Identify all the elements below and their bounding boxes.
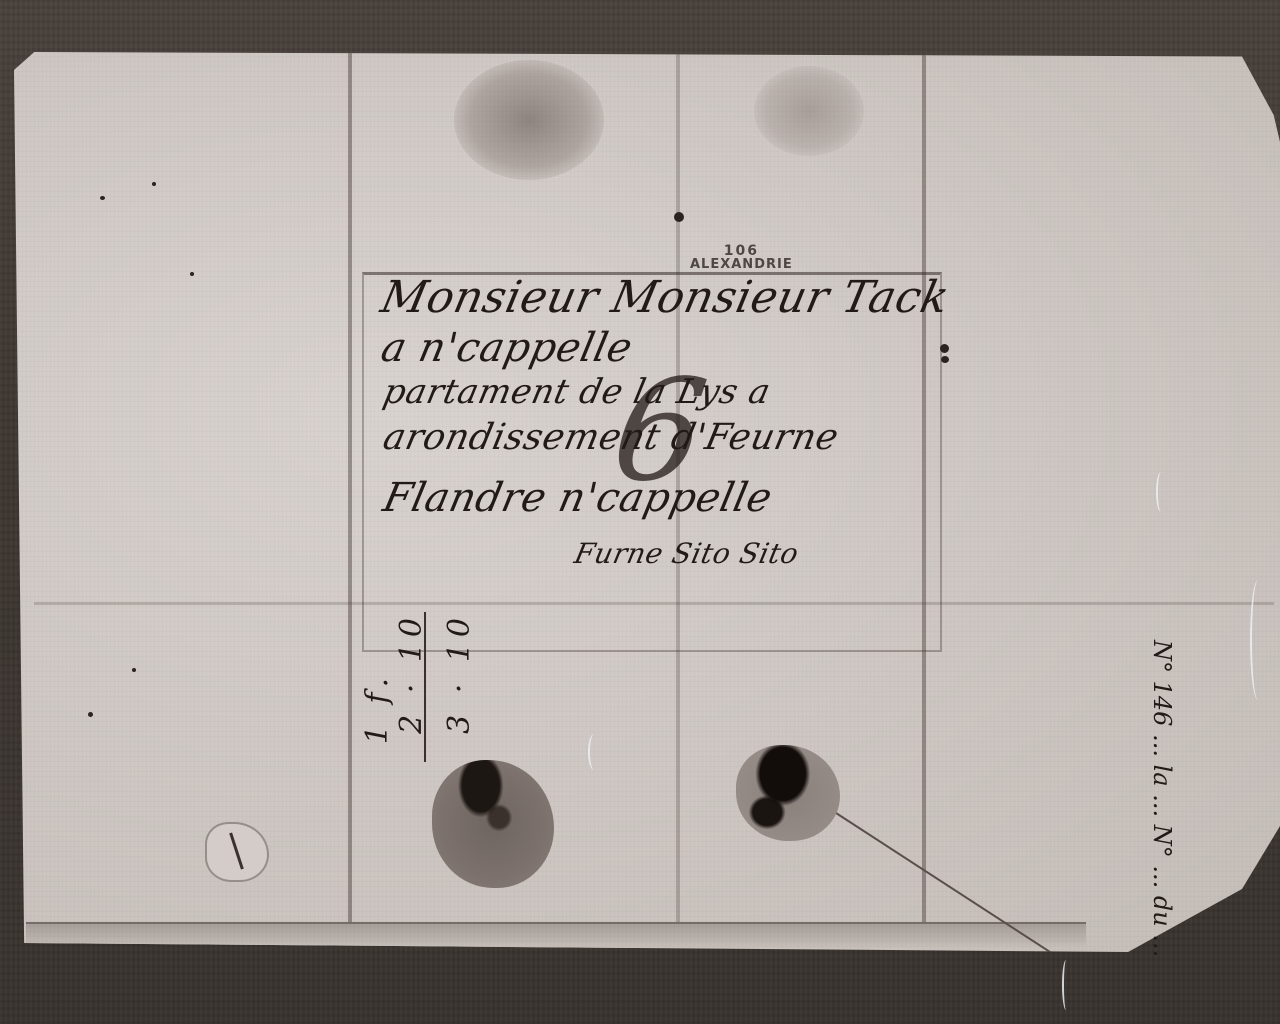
address-line-1: Monsieur Monsieur Tack: [377, 272, 954, 323]
bottom-flap: [26, 922, 1086, 948]
ink-speck: [100, 196, 105, 200]
ink-speck: [941, 356, 949, 363]
margin-note: N° 146 ... la ... N° ... du ...: [1145, 640, 1179, 957]
rate-calculation: 1 f. 2 · 10 3 · 10: [360, 612, 470, 772]
photo-scratch: [588, 734, 600, 770]
rate-divider: [424, 612, 426, 762]
fold-line-left: [348, 52, 352, 932]
address-line-4: arondissement d'Feurne: [380, 417, 843, 458]
margin-note-line-2: N° ... du ...: [1148, 825, 1176, 957]
stain-top-left: [454, 60, 604, 180]
ink-speck: [190, 272, 194, 276]
address-line-5: Flandre n'cappelle: [379, 475, 776, 521]
stamp-number: 106: [690, 244, 793, 258]
seal-bar-mark: [229, 832, 244, 869]
postal-stamp: 106 ALEXANDRIE: [690, 244, 793, 272]
address-line-2: a n'cappelle: [377, 325, 636, 371]
photo-scratch: [1250, 580, 1266, 700]
photo-scratch: [1156, 472, 1166, 512]
margin-note-line-1: N° 146 ... la ...: [1148, 640, 1176, 817]
ink-speck: [940, 344, 949, 353]
stamp-town: ALEXANDRIE: [690, 258, 793, 272]
rate-total: 3 · 10: [442, 612, 477, 734]
photo-scratch: [1062, 960, 1070, 1010]
ink-speck: [152, 182, 156, 186]
ink-speck: [88, 712, 93, 717]
rate-first: 1 f.: [360, 672, 395, 744]
ink-speck: [674, 212, 684, 222]
stain-top-right: [754, 66, 864, 156]
address-line-6: Furne Sito Sito: [571, 537, 801, 570]
ink-speck: [132, 668, 136, 672]
address-line-3: partament de la Lys a: [380, 372, 774, 412]
